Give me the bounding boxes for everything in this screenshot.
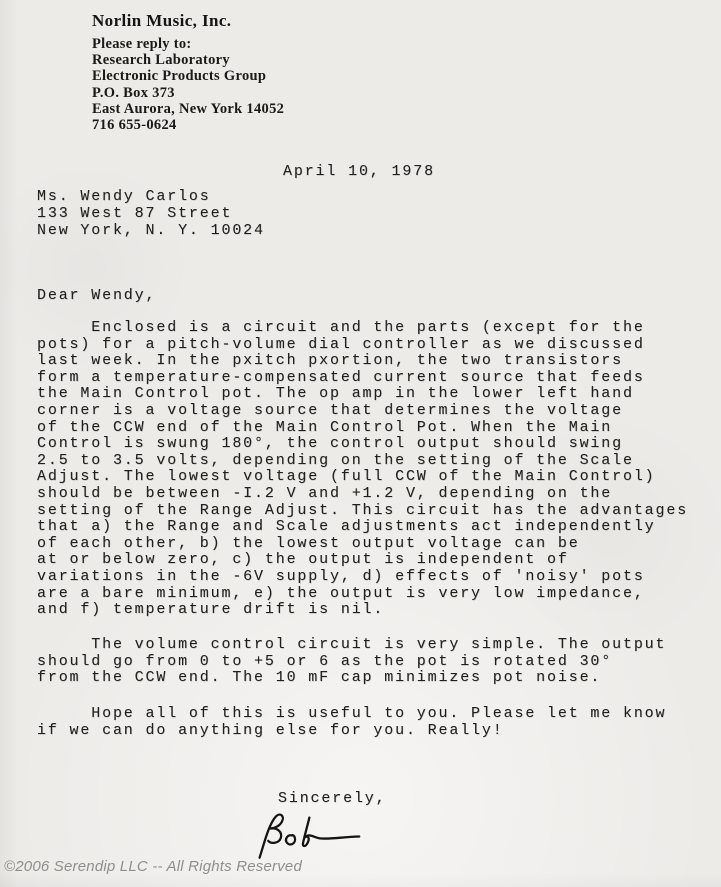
closing-sincerely: Sincerely,: [278, 791, 387, 808]
body-paragraph-3: Hope all of this is useful to you. Pleas…: [37, 706, 666, 739]
body-paragraph-1: Enclosed is a circuit and the parts (exc…: [37, 320, 688, 619]
reply-dept-line: Research Laboratory: [92, 52, 284, 68]
reply-po-box-line: P.O. Box 373: [92, 85, 284, 101]
scanned-letter-page: Norlin Music, Inc. Please reply to: Rese…: [0, 0, 721, 887]
salutation: Dear Wendy,: [37, 288, 156, 305]
reply-city-line: East Aurora, New York 14052: [92, 101, 284, 117]
handwritten-signature-bob: [252, 810, 382, 862]
reply-group-line: Electronic Products Group: [92, 68, 284, 84]
reply-to-label: Please reply to:: [92, 36, 284, 52]
body-paragraph-2: The volume control circuit is very simpl…: [37, 637, 666, 687]
letterhead-reply-block: Please reply to: Research Laboratory Ele…: [92, 36, 284, 133]
recipient-address-block: Ms. Wendy Carlos 133 West 87 Street New …: [37, 188, 265, 239]
letter-date: April 10, 1978: [283, 164, 435, 181]
letterhead-company-name: Norlin Music, Inc.: [92, 11, 231, 31]
reply-phone-line: 716 655-0624: [92, 117, 284, 133]
copyright-footer: ©2006 Serendip LLC -- All Rights Reserve…: [4, 858, 302, 875]
